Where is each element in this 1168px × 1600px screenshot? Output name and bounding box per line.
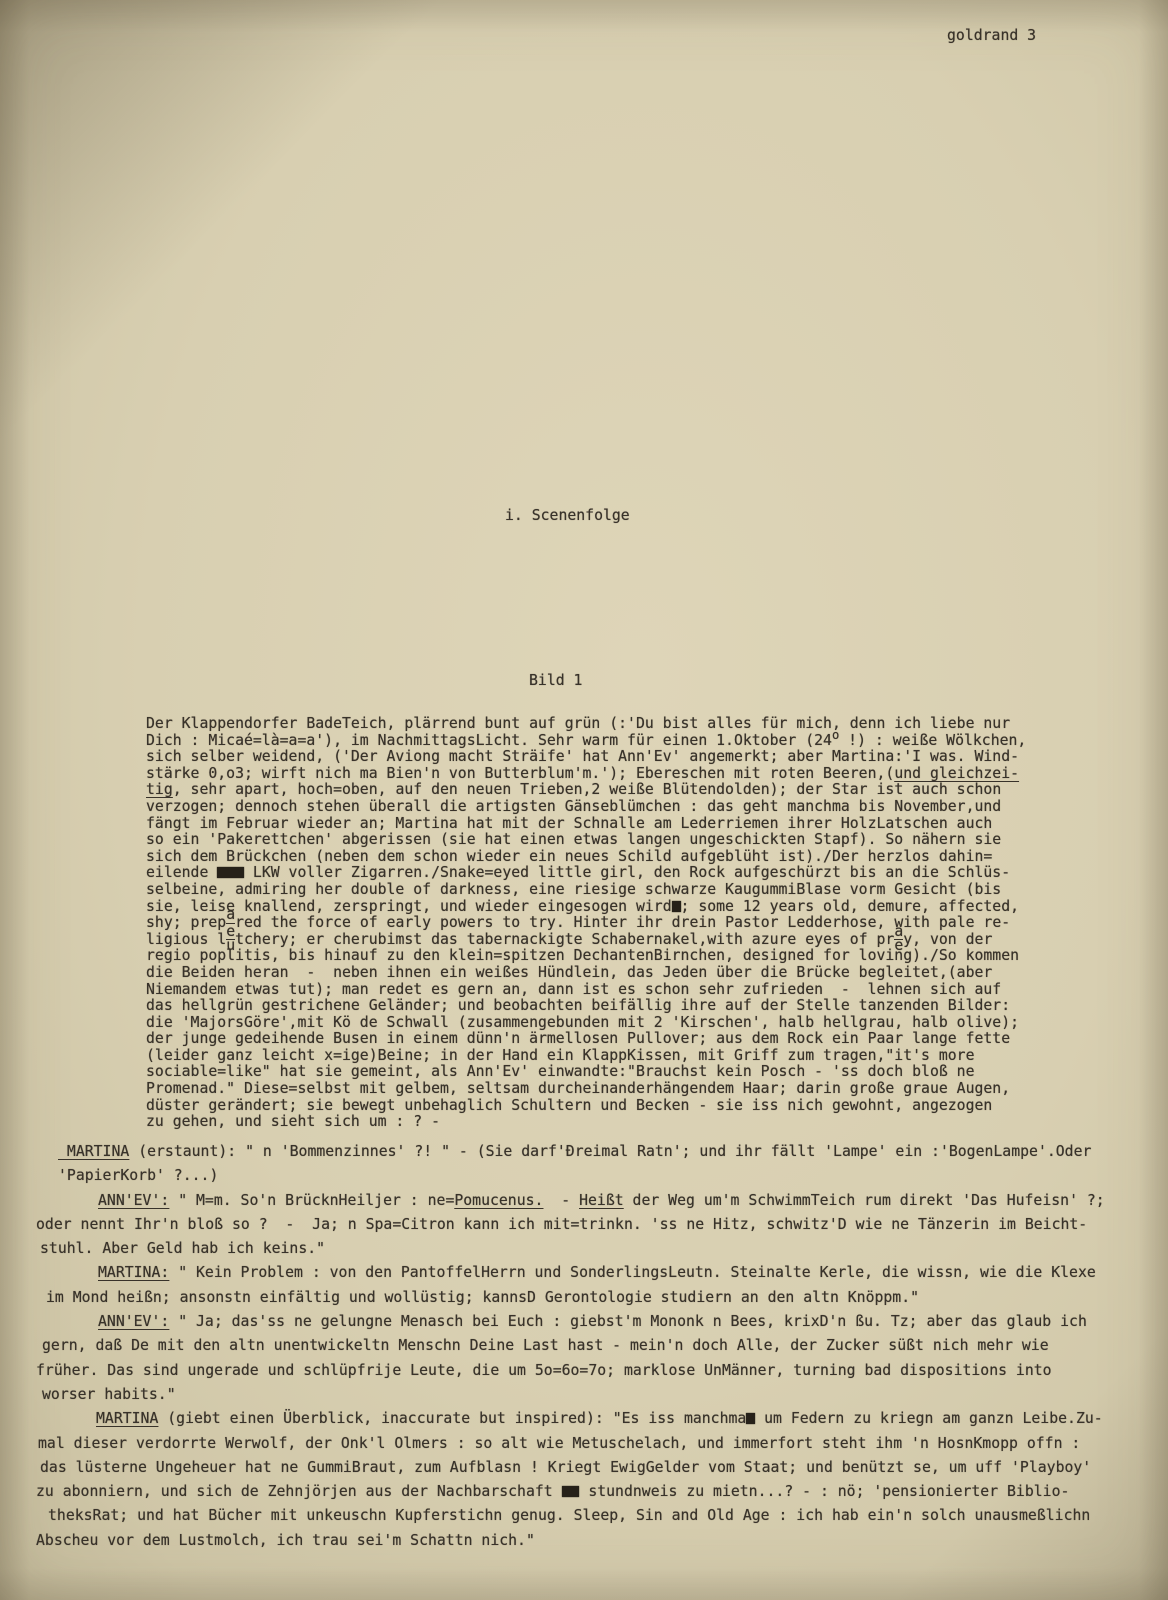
redaction-box — [217, 867, 244, 878]
text-line: selbeine, admiring her double of darknes… — [146, 882, 1026, 899]
scene-heading: i. Scenenfolge — [505, 507, 630, 524]
text-line: sociable=like" hat sie gemeint, als Ann'… — [146, 1064, 1026, 1081]
letter-above: a — [226, 908, 235, 924]
underlined-text: MARTINA — [96, 1410, 158, 1427]
text-line: sich dem Brückchen (neben dem schon wied… — [146, 849, 1026, 866]
dialogue-line: gern, daß De mit den altn unentwickeltn … — [0, 1334, 1168, 1358]
dialogue-line: zu abonniern, und sich de Zehnjörjen aus… — [0, 1480, 1168, 1504]
text-line: sie, leise knallend, zerspringt, und wie… — [146, 899, 1026, 916]
underlined-text: ANN'EV': — [98, 1313, 169, 1330]
text-line: der junge gedeihende Busen in einem dünn… — [146, 1031, 1026, 1048]
manuscript-page: goldrand 3 i. Scenenfolge Bild 1 Der Kla… — [0, 0, 1168, 1600]
text-line: (leider ganz leicht x=ige)Beine; in der … — [146, 1048, 1026, 1065]
text-line: zu gehen, und sieht sich um : ? - — [146, 1114, 1026, 1131]
page-header: goldrand 3 — [947, 27, 1036, 44]
underlined-text: und gleichzei- — [894, 765, 1019, 782]
redaction-box — [672, 901, 681, 912]
dialogue: MARTINA (erstaunt): " n 'Bommenzinnes' ?… — [0, 1140, 1168, 1553]
underlined-text: Heißt — [579, 1192, 624, 1209]
text-line: die Beiden heran - neben ihnen ein weiße… — [146, 965, 1026, 982]
dialogue-line: früher. Das sind ungerade und schlüpfrij… — [0, 1359, 1168, 1383]
text-line: Der Klappendorfer BadeTeich, plärrend bu… — [146, 716, 1026, 733]
dialogue-line: theksRat; und hat Bücher mit unkeuschn K… — [0, 1504, 1168, 1528]
dialogue-line: worser habits." — [0, 1383, 1168, 1407]
letter-below: u — [226, 939, 235, 954]
underlined-text: Pomucenus. — [454, 1192, 543, 1209]
letter-below: e — [894, 939, 903, 954]
dialogue-line: mal dieser verdorrte Werwolf, der Onk'l … — [0, 1432, 1168, 1456]
paragraph: Der Klappendorfer BadeTeich, plärrend bu… — [146, 716, 1026, 1131]
text-line: düster gerändert; sie bewegt unbehaglich… — [146, 1098, 1026, 1115]
text-line: so ein 'Pakerettchen' abgerissen (sie ha… — [146, 832, 1026, 849]
stacked-letters: ae — [894, 931, 903, 948]
redaction-box — [562, 1486, 580, 1497]
dialogue-line: im Mond heißn; ansonstn einfältig und wo… — [0, 1286, 1168, 1310]
dialogue-line: Abscheu vor dem Lustmolch, ich trau sei'… — [0, 1529, 1168, 1553]
underlined-text: MARTINA — [58, 1143, 129, 1160]
bild-heading: Bild 1 — [529, 672, 582, 689]
text-line: Promenad." Diese=selbst mit gelbem, selt… — [146, 1081, 1026, 1098]
text-line: Dich : Micaé=là=a=a'), im NachmittagsLic… — [146, 733, 1026, 750]
text-line: das hellgrün gestrichene Geländer; und b… — [146, 998, 1026, 1015]
text-line: sich selber weidend, ('Der Aviong macht … — [146, 749, 1026, 766]
underlined-text: tig — [146, 781, 173, 798]
dialogue-line: MARTINA (erstaunt): " n 'Bommenzinnes' ?… — [0, 1140, 1168, 1164]
text-line: fängt im Februar wieder an; Martina hat … — [146, 816, 1026, 833]
underlined-text: ANN'EV': — [98, 1192, 169, 1209]
dialogue-line: oder nennt Ihr'n bloß so ? - Ja; n Spa=C… — [0, 1213, 1168, 1237]
dialogue-line: MARTINA: " Kein Problem : von den Pantof… — [0, 1261, 1168, 1285]
dialogue-line: das lüsterne Ungeheuer hat ne GummiBraut… — [0, 1456, 1168, 1480]
dialogue-line: 'PapierKorb' ?...) — [0, 1164, 1168, 1188]
text-line: stärke 0,o3; wirft nich ma Bien'n von Bu… — [146, 766, 1026, 783]
text-line: Niemandem etwas tut); man redet es gern … — [146, 982, 1026, 999]
text-line: ligious leu tchery; er cherubimst das ta… — [146, 932, 1026, 949]
text-line: eilende LKW voller Zigarren./Snake=eyed … — [146, 865, 1026, 882]
text-line: verzogen; dennoch stehen überall die art… — [146, 799, 1026, 816]
dialogue-line: stuhl. Aber Geld hab ich keins." — [0, 1237, 1168, 1261]
superscript: o — [832, 728, 839, 742]
redaction-box — [746, 1413, 755, 1424]
text-line: tig, sehr apart, hoch=oben, auf den neue… — [146, 782, 1026, 799]
dialogue-line: ANN'EV': " Ja; das'ss ne gelungne Menasc… — [0, 1310, 1168, 1334]
stacked-letters: eu — [226, 931, 235, 948]
text-line: die 'MajorsGöre',mit Kö de Schwall (zusa… — [146, 1015, 1026, 1032]
underlined-text: MARTINA: — [98, 1264, 169, 1281]
dialogue-line: ANN'EV': " M=m. So'n BrücknHeiljer : ne=… — [0, 1189, 1168, 1213]
dialogue-line: MARTINA (giebt einen Überblick, inaccura… — [0, 1407, 1168, 1431]
